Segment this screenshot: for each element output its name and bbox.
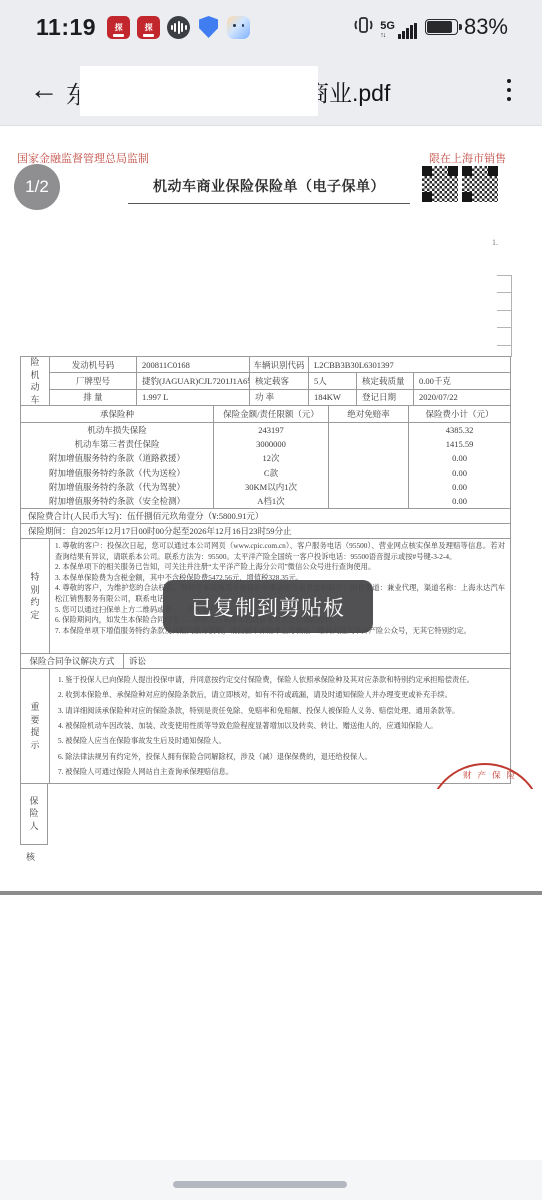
notice-item: 1. 鉴于投保人已向保险人提出投保申请，并同意按约定交付保险费，保险人依照承保险…	[58, 675, 502, 685]
sale-region-note: 限在上海市销售	[429, 150, 506, 166]
security-shield-icon	[197, 16, 220, 39]
home-indicator[interactable]	[173, 1181, 347, 1188]
pdf-viewer-header: ← 商业.pdf 东	[0, 54, 542, 126]
notice-item: 5. 被保险人应当在保险事故发生后及时通知保险人。	[58, 736, 502, 746]
table-row: 附加增值服务特约条款（代为驾驶） 30KM以内1次 0.00	[21, 480, 510, 494]
table-header-row: 承保险种 保险金额/责任限额（元） 绝对免赔率 保险费小计（元）	[21, 406, 510, 423]
coverage-table: 承保险种 保险金额/责任限额（元） 绝对免赔率 保险费小计（元） 机动车损失保险…	[20, 405, 511, 509]
pdf-page-2	[0, 895, 542, 1160]
table-row: 附加增值服务特约条款（道路救援） 12次 0.00	[21, 451, 510, 465]
voice-recorder-icon	[167, 16, 190, 39]
notice-item: 6. 除法律法规另有约定外，投保人拥有保险合同解除权，涉及（减）退保保费的，退还…	[58, 752, 502, 762]
check-label: 核	[26, 850, 35, 863]
status-bar: 11:19 探 探 5G↑↓ 83%	[0, 0, 542, 54]
redaction-overlay	[80, 66, 318, 116]
table-row: 厂牌型号 捷豹(JAGUAR)CJL7201J1A6轿车 核定载客 5人 核定载…	[50, 373, 510, 389]
qr-code	[422, 166, 458, 202]
pdf-filename: 商业.pdf	[306, 75, 390, 108]
red-news-icon: 探	[107, 16, 130, 39]
battery-percent: 83%	[464, 14, 508, 40]
qr-code	[462, 166, 498, 202]
table-row: 机动车第三者责任保险 3000000 1415.59	[21, 437, 510, 451]
more-menu-button[interactable]	[494, 70, 524, 110]
pdf-page-1: 国家金融监督管理总局监制 限在上海市销售 1/2 机动车商业保险保险单（电子保单…	[0, 126, 542, 891]
phone-screen: 11:19 探 探 5G↑↓ 83% ← 商业.pdf 东	[0, 0, 542, 1200]
vehicle-info-table: 险机动车 发动机号码 200811C0168 车辆识别代码 L2CBB3B30L…	[20, 356, 511, 406]
dispute-resolution-row: 保险合同争议解决方式 诉讼	[20, 653, 511, 669]
signal-icon: 5G↑↓	[380, 15, 417, 39]
table-fragment	[497, 275, 512, 357]
important-notices-label: 重要提示	[30, 701, 41, 751]
table-row: 附加增值服务特约条款（代为送检） C款 0.00	[21, 466, 510, 480]
notice-item: 2. 收到本保险单、承保险种对应的保险条款后，请立即核对，如有不符或疏漏，请及时…	[58, 690, 502, 700]
notice-item: 3. 请详细阅读承保险种对应的保险条款，特别是责任免除、免赔率和免赔额、投保人被…	[58, 706, 502, 716]
toast: 已复制到剪贴板	[163, 580, 373, 633]
vehicle-section-label: 险机动车	[30, 356, 41, 406]
policy-title: 机动车商业保险保险单（电子保单）	[128, 176, 410, 204]
vibrate-icon	[352, 14, 374, 41]
notice-item: 4. 被保险机动车因改装、加装、改变使用性质等导致危险程度显著增加以及转卖、转让…	[58, 721, 502, 731]
special-term-item: 1. 尊敬的客户：投保次日起，您可以通过本公司网页（www.cpic.com.c…	[55, 541, 505, 562]
red-news-icon: 探	[137, 16, 160, 39]
corner-mark: 1.	[492, 238, 498, 247]
pdf-filename-partial: 东	[66, 75, 79, 107]
ai-assistant-icon	[227, 16, 250, 39]
system-nav-bar	[0, 1160, 542, 1200]
insurer-label: 保险人	[29, 795, 40, 833]
table-row: 机动车损失保险 243197 4385.32	[21, 423, 510, 437]
insurer-section: 保险人	[20, 783, 48, 845]
clock: 11:19	[36, 14, 96, 41]
insurance-period-row: 保险期间：自2025年12月17日00时00分起至2026年12月16日23时5…	[20, 523, 511, 539]
special-term-item: 2. 本保单项下的相关服务已告知，可关注并注册“太平洋产险上海分公司”微信公众号…	[55, 562, 505, 573]
network-label: 5G	[380, 21, 395, 32]
battery-icon	[425, 19, 458, 35]
page-number-badge[interactable]: 1/2	[14, 164, 60, 210]
red-seal-text: 财产保险	[452, 769, 532, 781]
dispute-label: 保险合同争议解决方式	[21, 654, 124, 668]
dispute-value: 诉讼	[124, 654, 510, 668]
table-row: 排 量 1.997 L 功 率 184KW 登记日期 2020/07/22	[50, 390, 510, 405]
table-row: 附加增值服务特约条款（安全检测） A档1次 0.00	[21, 494, 510, 508]
special-terms-label: 特别约定	[30, 571, 41, 621]
table-row: 发动机号码 200811C0168 车辆识别代码 L2CBB3B30L63013…	[50, 357, 510, 373]
premium-total-row: 保险费合计(人民币大写)：伍仟捌佰元玖角壹分（¥:5800.91元）	[20, 508, 511, 524]
back-button[interactable]: ←	[26, 72, 62, 108]
